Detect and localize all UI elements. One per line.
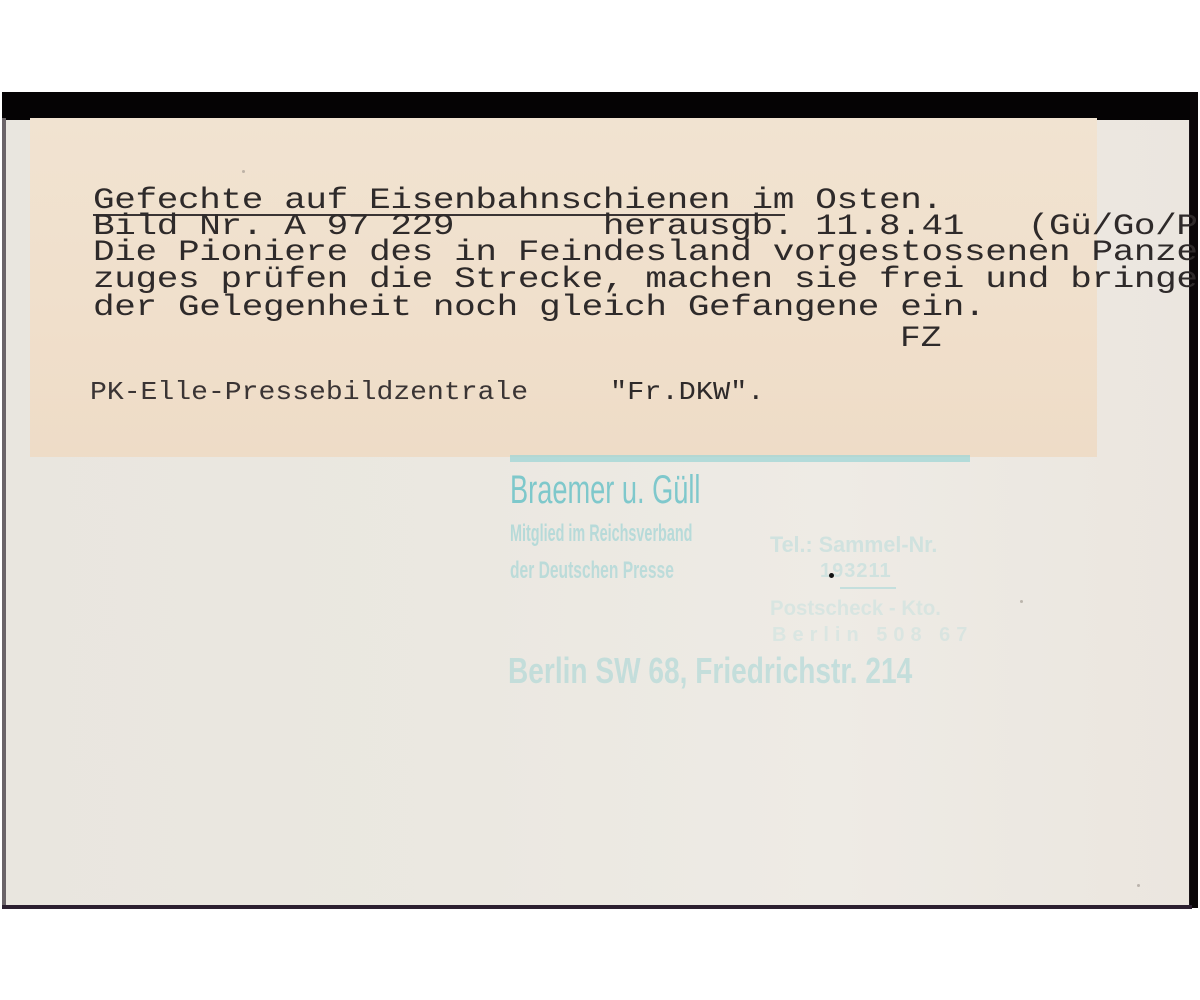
paper-speck	[1020, 600, 1023, 603]
bottom-edge	[2, 905, 1192, 909]
caption-photographer: "Fr.DKW".	[610, 377, 764, 407]
paper-speck	[1137, 884, 1140, 887]
stamp-membership-line-1: Mitglied im Reichsverband	[510, 520, 692, 548]
stamp-tel-number: 193211	[820, 560, 892, 583]
caption-initials: FZ	[900, 322, 941, 356]
left-edge	[2, 118, 6, 908]
stamp-top-rule	[510, 455, 970, 462]
stamp-number-rule	[840, 587, 896, 589]
stamp-agency-name: Braemer u. Güll	[510, 468, 700, 513]
stamp-tel-label: Tel.: Sammel-Nr.	[770, 532, 937, 558]
paper-speck	[242, 170, 245, 173]
caption-agency: PK-Elle-Pressebildzentrale	[90, 377, 528, 407]
ink-dot	[829, 573, 834, 578]
stamp-address: Berlin SW 68, Friedrichstr. 214	[508, 650, 912, 692]
caption-text-line: der Gelegenheit noch gleich Gefangene ei…	[93, 291, 985, 325]
stamp-membership-line-2: der Deutschen Presse	[510, 557, 674, 585]
top-shadow-band	[2, 92, 1194, 120]
stamp-postscheck-number: Berlin 508 67	[772, 624, 973, 647]
stamp-postscheck-label: Postscheck - Kto.	[770, 597, 941, 621]
